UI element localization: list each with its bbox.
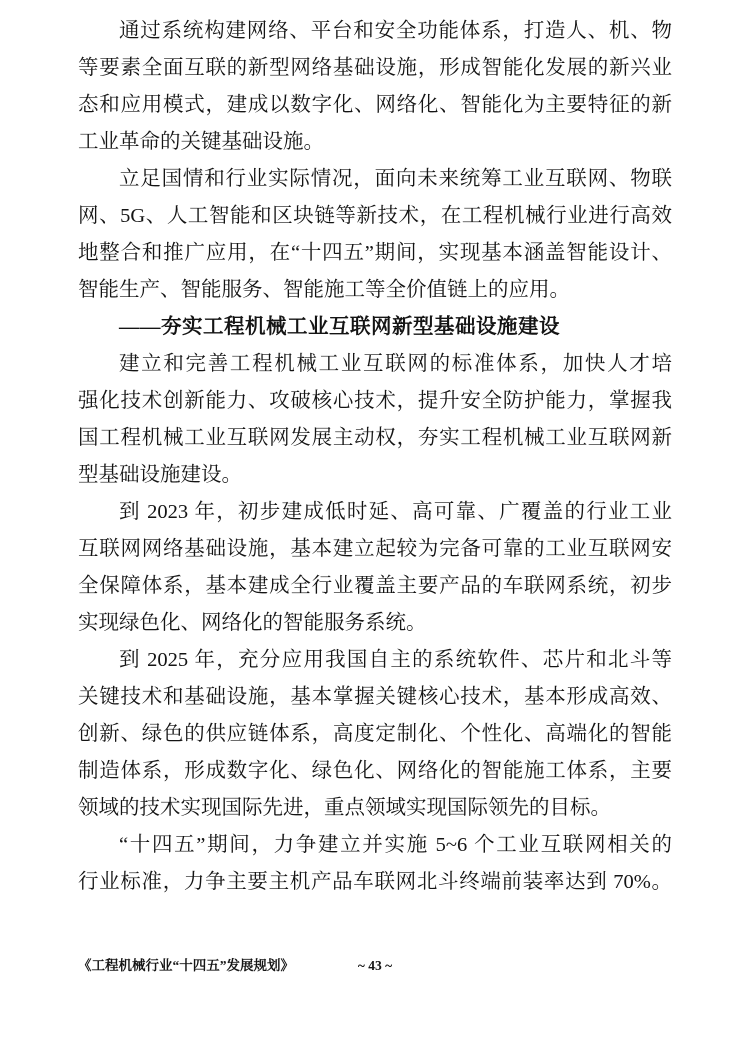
text-line: 互联网网络基础设施，基本建立起较为完备可靠的工业互联网安	[78, 531, 672, 568]
para-industry-standards: “十四五”期间，力争建立并实施 5~6 个工业互联网相关的行业标准，力争主要主机…	[78, 827, 672, 901]
text-line: 立足国情和行业实际情况，面向未来统筹工业互联网、物联	[78, 161, 672, 198]
para-network-system: 通过系统构建网络、平台和安全功能体系，打造人、机、物等要素全面互联的新型网络基础…	[78, 13, 672, 161]
document-page: 通过系统构建网络、平台和安全功能体系，打造人、机、物等要素全面互联的新型网络基础…	[0, 0, 750, 1038]
para-standard-system: 建立和完善工程机械工业互联网的标准体系，加快人才培养、强化技术创新能力、攻破核心…	[78, 346, 672, 494]
text-line: 等要素全面互联的新型网络基础设施，形成智能化发展的新兴业	[78, 50, 672, 87]
text-line: 智能生产、智能服务、智能施工等全价值链上的应用。	[78, 272, 672, 309]
document-body: 通过系统构建网络、平台和安全功能体系，打造人、机、物等要素全面互联的新型网络基础…	[78, 13, 672, 901]
text-line: 通过系统构建网络、平台和安全功能体系，打造人、机、物	[78, 13, 672, 50]
text-line: 到 2023 年，初步建成低时延、高可靠、广覆盖的行业工业	[78, 494, 672, 531]
para-goal-2025: 到 2025 年，充分应用我国自主的系统软件、芯片和北斗等关键技术和基础设施，基…	[78, 642, 672, 827]
text-line: 领域的技术实现国际先进，重点领域实现国际领先的目标。	[78, 790, 672, 827]
para-national-conditions: 立足国情和行业实际情况，面向未来统筹工业互联网、物联网、5G、人工智能和区块链等…	[78, 161, 672, 309]
text-line: 建立和完善工程机械工业互联网的标准体系，加快人才培养、	[78, 346, 672, 383]
text-line: “十四五”期间，力争建立并实施 5~6 个工业互联网相关的	[78, 827, 672, 864]
heading-consolidate-infrastructure: ——夯实工程机械工业互联网新型基础设施建设	[78, 309, 672, 346]
page-footer: 《工程机械行业“十四五”发展规划》 ~ 43 ~	[78, 954, 672, 978]
text-line: 网、5G、人工智能和区块链等新技术，在工程机械行业进行高效	[78, 198, 672, 235]
text-line: 全保障体系，基本建成全行业覆盖主要产品的车联网系统，初步	[78, 568, 672, 605]
footer-page-number: ~ 43 ~	[358, 954, 392, 978]
text-line: 国工程机械工业互联网发展主动权，夯实工程机械工业互联网新	[78, 420, 672, 457]
text-line: 到 2025 年，充分应用我国自主的系统软件、芯片和北斗等	[78, 642, 672, 679]
text-line: 型基础设施建设。	[78, 457, 672, 494]
text-line: 实现绿色化、网络化的智能服务系统。	[78, 605, 672, 642]
text-line: 创新、绿色的供应链体系，高度定制化、个性化、高端化的智能	[78, 716, 672, 753]
footer-document-title: 《工程机械行业“十四五”发展规划》	[78, 954, 294, 978]
para-goal-2023: 到 2023 年，初步建成低时延、高可靠、广覆盖的行业工业互联网网络基础设施，基…	[78, 494, 672, 642]
text-line: 制造体系，形成数字化、绿色化、网络化的智能施工体系，主要	[78, 753, 672, 790]
text-line: 关键技术和基础设施，基本掌握关键核心技术，基本形成高效、	[78, 679, 672, 716]
text-line: 强化技术创新能力、攻破核心技术，提升安全防护能力，掌握我	[78, 383, 672, 420]
text-line: 地整合和推广应用，在“十四五”期间，实现基本涵盖智能设计、	[78, 235, 672, 272]
text-line: 行业标准，力争主要主机产品车联网北斗终端前装率达到 70%。	[78, 864, 672, 901]
text-line: 工业革命的关键基础设施。	[78, 124, 672, 161]
text-line: 态和应用模式，建成以数字化、网络化、智能化为主要特征的新	[78, 87, 672, 124]
text-line: ——夯实工程机械工业互联网新型基础设施建设	[78, 309, 672, 346]
